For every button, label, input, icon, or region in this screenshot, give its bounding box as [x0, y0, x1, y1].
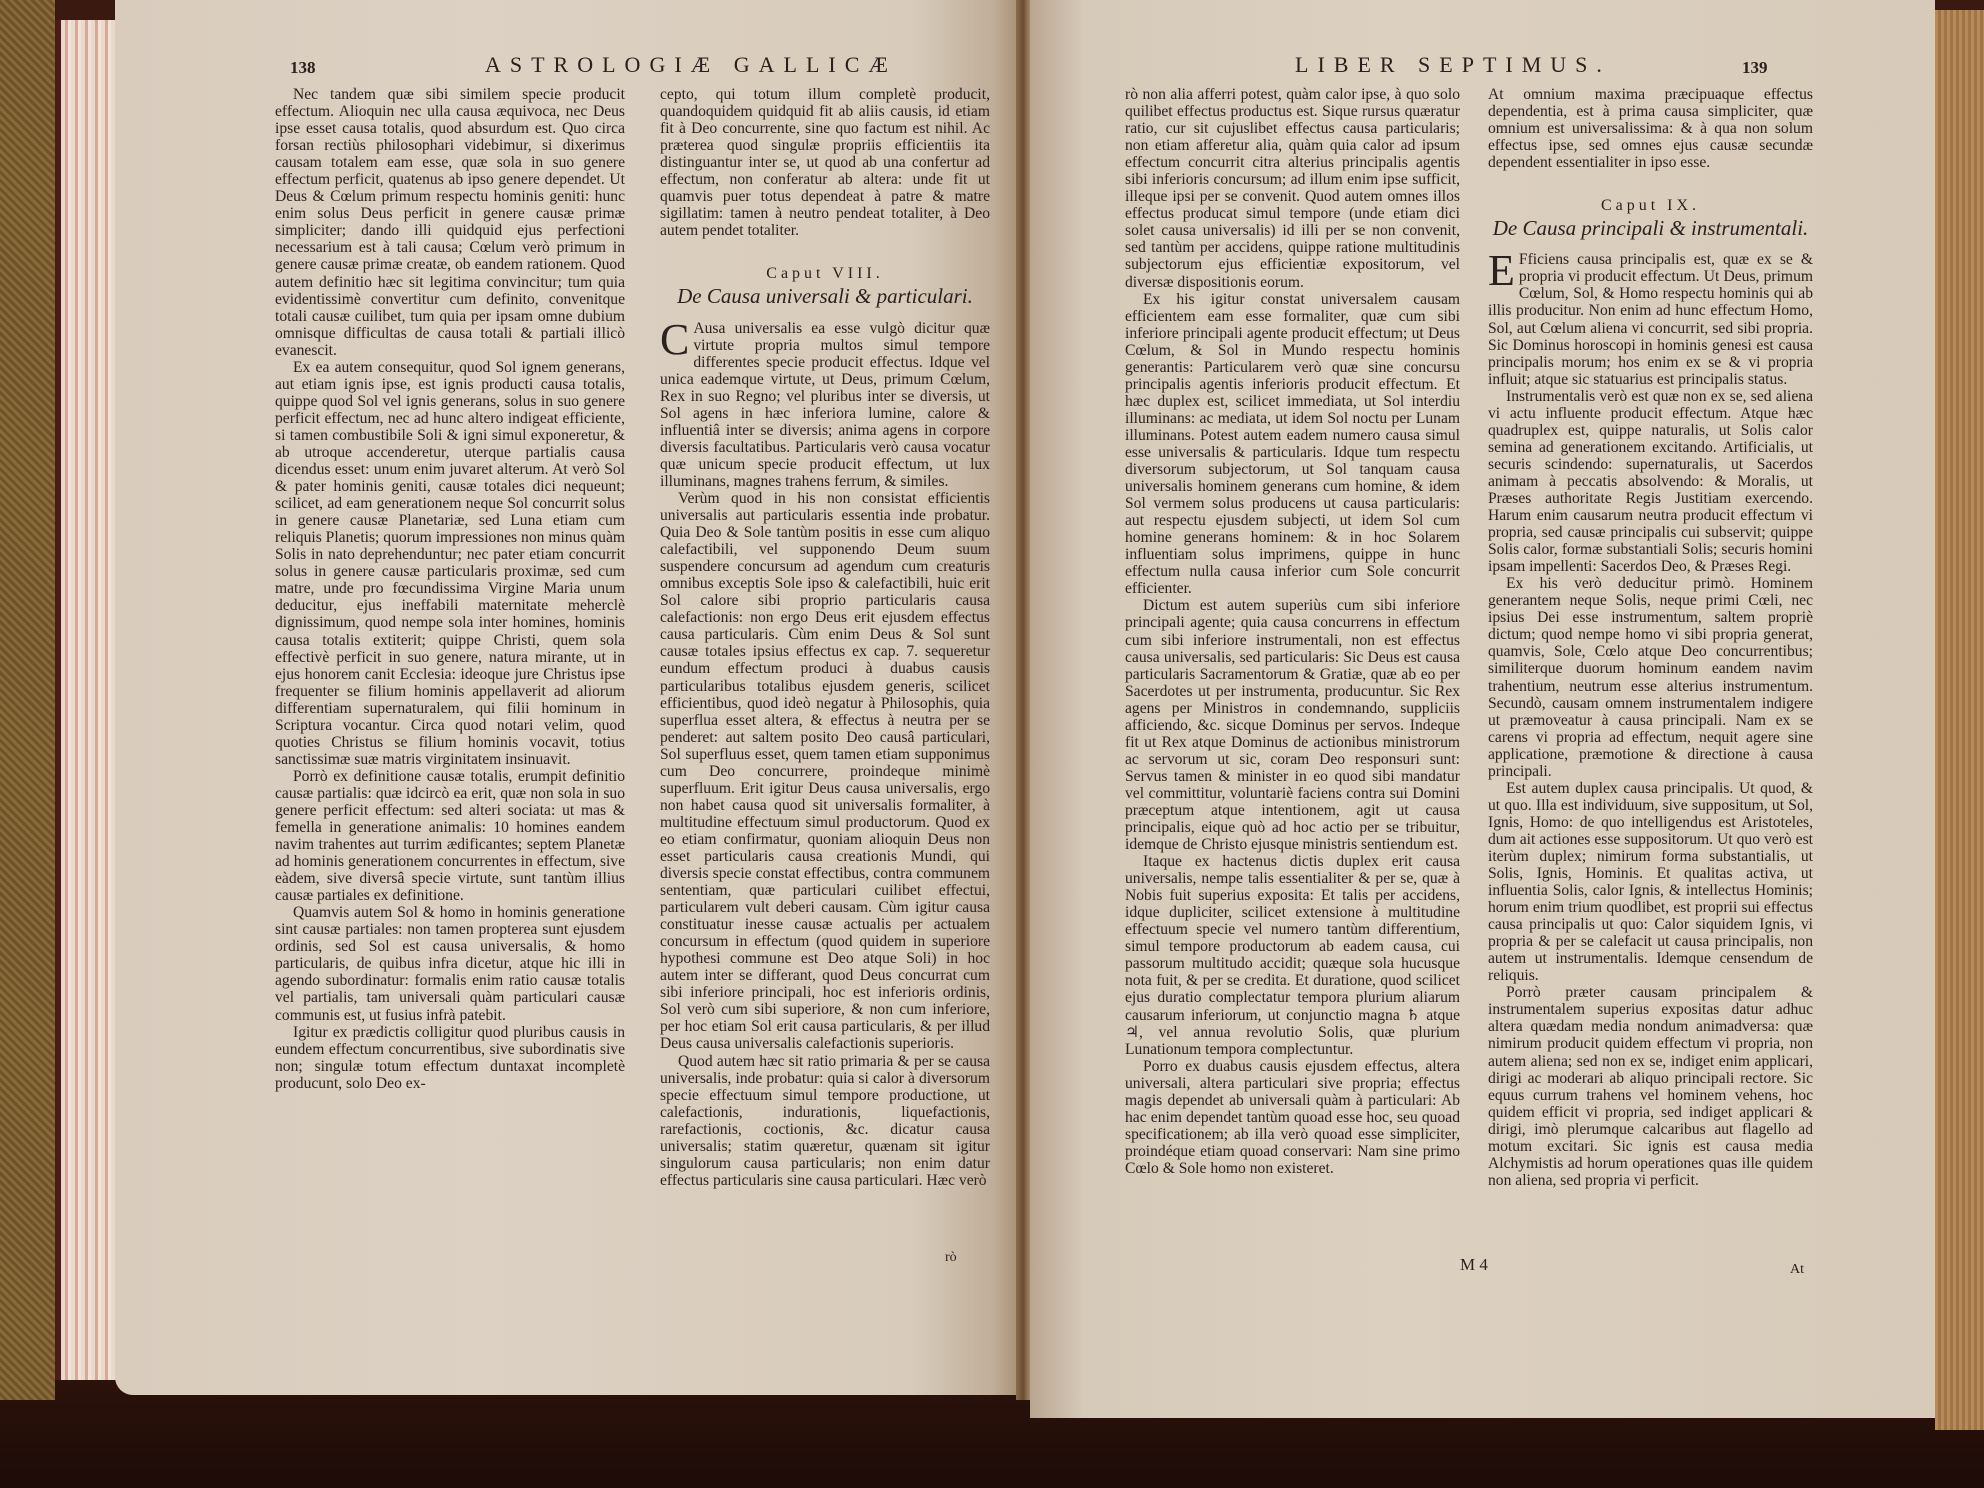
paragraph: Porro ex duabus causis ejusdem effectus,… — [1125, 1058, 1460, 1177]
running-head: ASTROLOGIÆ GALLICÆ — [485, 52, 897, 78]
paragraph: cepto, qui totum illum completè producit… — [660, 86, 990, 239]
cloth-cover — [0, 0, 55, 1400]
left-page: 138 ASTROLOGIÆ GALLICÆ Nec tandem quæ si… — [115, 0, 1020, 1395]
paragraph: Ex his verò deducitur primò. Hominem gen… — [1488, 575, 1813, 780]
paragraph: Instrumentalis verò est quæ non ex se, s… — [1488, 388, 1813, 576]
chapter-title: De Causa principali & instrumentali. — [1488, 220, 1813, 237]
paragraph: rò non alia afferri potest, quàm calor i… — [1125, 86, 1460, 291]
running-head: LIBER SEPTIMUS. — [1295, 52, 1611, 78]
text-column-2: At omnium maxima præcipuaque effectus de… — [1488, 86, 1813, 1189]
paragraph: Porrò præter causam principalem & instru… — [1488, 984, 1813, 1189]
signature-mark: M 4 — [1460, 1255, 1488, 1275]
paragraph: Verùm quod in his non consistat efficien… — [660, 490, 990, 1053]
right-page: LIBER SEPTIMUS. 139 rò non alia afferri … — [1030, 0, 1935, 1418]
drop-cap: E — [1488, 253, 1515, 289]
paragraph: Ex ea autem consequitur, quod Sol ignem … — [275, 359, 625, 768]
chapter-number: Caput VIII. — [660, 265, 990, 282]
paragraph: Porrò ex definitione causæ totalis, erum… — [275, 768, 625, 904]
text-column-2: cepto, qui totum illum completè producit… — [660, 86, 990, 1189]
paragraph: Quamvis autem Sol & homo in hominis gene… — [275, 904, 625, 1023]
paragraph: Dictum est autem superiùs cum sibi infer… — [1125, 597, 1460, 853]
chapter-title: De Causa universali & particulari. — [660, 288, 990, 305]
paragraph: Quod autem hæc sit ratio primaria & per … — [660, 1053, 990, 1189]
page-edges-right — [1935, 10, 1984, 1430]
paragraph: Itaque ex hactenus dictis duplex erit ca… — [1125, 853, 1460, 1058]
page-number: 138 — [290, 58, 316, 78]
paragraph: Ex his igitur constat universalem causam… — [1125, 291, 1460, 598]
text-column-1: Nec tandem quæ sibi similem specie produ… — [275, 86, 625, 1092]
drop-cap: C — [660, 322, 689, 358]
paragraph: Nec tandem quæ sibi similem specie produ… — [275, 86, 625, 359]
paragraph: At omnium maxima præcipuaque effectus de… — [1488, 86, 1813, 171]
paragraph: Ausa universalis ea esse vulgò dicitur q… — [660, 320, 990, 490]
paragraph: Fficiens causa principalis est, quæ ex s… — [1488, 251, 1813, 387]
paragraph: Igitur ex prædictis colligitur quod plur… — [275, 1024, 625, 1092]
chapter-number: Caput IX. — [1488, 197, 1813, 214]
page-number: 139 — [1742, 58, 1768, 78]
page-edges-left — [55, 20, 121, 1380]
catchword: rò — [945, 1250, 957, 1266]
paragraph: Est autem duplex causa principalis. Ut q… — [1488, 780, 1813, 985]
text-column-1: rò non alia afferri potest, quàm calor i… — [1125, 86, 1460, 1177]
catchword: At — [1790, 1262, 1804, 1278]
